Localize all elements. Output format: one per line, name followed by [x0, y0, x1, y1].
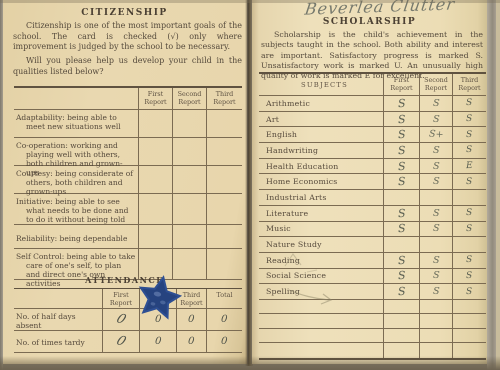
subject-label: Industrial Arts — [259, 190, 383, 205]
scan-edge-bottom — [0, 356, 500, 370]
grade-cell: S — [383, 284, 419, 299]
handwritten-grade: S — [466, 208, 473, 218]
grade-cell: S — [452, 143, 486, 158]
grade-cell — [383, 237, 419, 252]
handwritten-grade: S — [397, 159, 405, 172]
subject-label: Arithmetic — [259, 96, 383, 111]
grade-cell: S — [419, 159, 452, 174]
grade-cell: S — [452, 269, 486, 284]
handwritten-zero: 0 — [221, 314, 228, 326]
grade-cell — [172, 194, 206, 224]
handwritten-grade: S — [397, 112, 405, 125]
handwritten-grade: S — [432, 207, 439, 218]
subject-label: Art — [259, 112, 383, 127]
header-spacer — [14, 88, 138, 109]
grade-cell: S — [419, 284, 452, 299]
handwritten-zero: 0 — [221, 336, 228, 348]
handwritten-grade: S — [432, 176, 439, 187]
header-spacer — [14, 289, 102, 308]
handwritten-grade: S — [466, 177, 473, 187]
handwritten-grade: S — [397, 97, 405, 110]
column-header-subjects: SUBJECTS — [259, 74, 383, 95]
grade-cell — [138, 138, 172, 165]
handwritten-grade: S — [432, 223, 439, 234]
left-page: CITIZENSHIP Citizenship is one of the mo… — [2, 0, 247, 364]
attendance-label: No. of half days absent — [14, 309, 102, 330]
grade-cell — [419, 190, 452, 205]
handwritten-grade: S — [466, 286, 473, 296]
subject-label: Music — [259, 222, 383, 237]
scan-edge-top — [0, 0, 500, 3]
grade-cell — [172, 225, 206, 248]
trait-row: Adaptability: being able to meet new sit… — [14, 110, 242, 138]
column-header-first-report: First Report — [383, 74, 419, 95]
subject-row: English S S+ S — [259, 127, 486, 143]
handwritten-grade: S — [397, 222, 405, 235]
trait-row: Initiative: being able to see what needs… — [14, 194, 242, 225]
trait-label: Reliability: being dependable — [14, 225, 138, 248]
trait-label: Adaptability: being able to meet new sit… — [14, 110, 138, 137]
trait-row: Courtesy: being considerate of others, b… — [14, 166, 242, 194]
trait-label: Courtesy: being considerate of others, b… — [14, 166, 138, 193]
handwritten-grade: S — [432, 255, 439, 266]
grade-cell: S — [419, 96, 452, 111]
scan-edge-left — [0, 0, 3, 370]
handwritten-grade: S — [432, 113, 439, 124]
scan-edge-right-sliver — [496, 0, 500, 370]
handwritten-grade: S — [397, 253, 405, 266]
column-header-second-report: Second Report — [172, 88, 206, 109]
handwritten-grade: S — [432, 145, 439, 156]
citizenship-intro: Citizenship is one of the most important… — [13, 21, 242, 53]
handwritten-grade: S — [397, 175, 405, 188]
subject-label: Handwriting — [259, 143, 383, 158]
attendance-label: No. of times tardy — [14, 331, 102, 352]
grade-cell: S — [419, 206, 452, 221]
grade-cell — [138, 166, 172, 193]
handwritten-zero: 0 — [114, 334, 128, 350]
grade-cell: S — [452, 174, 486, 189]
grade-cell: S — [383, 222, 419, 237]
grade-cell — [138, 225, 172, 248]
pencil-arrow-scribble — [277, 250, 367, 310]
grade-cell — [172, 166, 206, 193]
attendance-value-cell: 0 — [176, 331, 206, 352]
subject-row: Handwriting S S S — [259, 143, 486, 159]
right-page: Beverlea Clutter SCHOLARSHIP Scholarship… — [252, 0, 487, 364]
grade-cell: S — [383, 96, 419, 111]
grade-cell: S — [452, 222, 486, 237]
handwritten-grade: S — [466, 98, 473, 108]
empty-row — [259, 329, 486, 344]
column-header-total: Total — [206, 289, 242, 308]
handwritten-grade: S — [466, 224, 473, 234]
attendance-value-cell: 0 — [139, 331, 176, 352]
grade-cell — [206, 110, 242, 137]
grade-cell — [206, 194, 242, 224]
grade-cell: S — [419, 143, 452, 158]
scholarship-title: SCHOLARSHIP — [252, 17, 487, 27]
grade-cell: S — [383, 112, 419, 127]
column-header-second-report: Second Report — [419, 74, 452, 95]
handwritten-grade: S — [466, 145, 473, 155]
handwritten-grade: S — [466, 130, 473, 140]
subject-row: Health Education S S E — [259, 159, 486, 175]
grade-cell — [383, 190, 419, 205]
citizenship-question: Will you please help us develop your chi… — [13, 56, 242, 77]
column-header-first-report: First Report — [138, 88, 172, 109]
trait-label: Co-operation: working and playing well w… — [14, 138, 138, 165]
grade-cell: S — [419, 174, 452, 189]
handwritten-zero: 0 — [188, 336, 195, 348]
grade-cell — [452, 237, 486, 252]
grade-cell: S — [419, 269, 452, 284]
handwritten-grade: S — [466, 255, 473, 265]
grade-cell: S — [383, 159, 419, 174]
handwritten-grade: S — [397, 269, 405, 282]
scan-edge-right — [487, 0, 496, 370]
subjects-header-row: SUBJECTS First Report Second Report Thir… — [259, 74, 486, 96]
empty-row — [259, 314, 486, 329]
handwritten-grade: S — [432, 286, 439, 297]
grade-cell — [172, 110, 206, 137]
attendance-row: No. of times tardy 0 0 0 0 — [14, 331, 242, 353]
grade-cell: S — [452, 112, 486, 127]
citizenship-header-row: First Report Second Report Third Report — [14, 88, 242, 110]
citizenship-table: First Report Second Report Third Report … — [14, 86, 242, 280]
grade-cell — [172, 138, 206, 165]
subject-label: Health Education — [259, 159, 383, 174]
citizenship-title: CITIZENSHIP — [2, 8, 247, 18]
subject-row: Art S S S — [259, 112, 486, 128]
attendance-value-cell: 0 — [102, 331, 139, 352]
trait-label: Initiative: being able to see what needs… — [14, 194, 138, 224]
handwritten-grade: S — [397, 128, 405, 141]
handwritten-grade: S+ — [428, 129, 443, 141]
handwritten-grade: S — [432, 160, 439, 171]
attendance-value-cell: 0 — [206, 309, 242, 330]
subjects-table: SUBJECTS First Report Second Report Thir… — [259, 72, 486, 360]
subject-row: Music S S S — [259, 222, 486, 238]
handwritten-grade: S — [397, 285, 405, 298]
handwritten-grade: S — [397, 144, 405, 157]
subject-label: Home Economics — [259, 174, 383, 189]
grade-cell: S — [383, 174, 419, 189]
grade-cell: S — [383, 206, 419, 221]
attendance-title: ATTENDANCE — [2, 275, 247, 285]
grade-cell — [206, 166, 242, 193]
grade-cell: S — [383, 127, 419, 142]
grade-cell: S — [383, 269, 419, 284]
grade-cell: S — [452, 284, 486, 299]
grade-cell — [419, 237, 452, 252]
subject-label: English — [259, 127, 383, 142]
grade-cell: S — [383, 253, 419, 268]
handwritten-grade: S — [466, 271, 473, 281]
handwritten-zero: 0 — [154, 336, 161, 348]
column-header-third-report: Third Report — [206, 88, 242, 109]
grade-cell — [206, 138, 242, 165]
subject-row: Literature S S S — [259, 206, 486, 222]
grade-cell — [138, 110, 172, 137]
subject-row: Arithmetic S S S — [259, 96, 486, 112]
grade-cell: S — [419, 253, 452, 268]
grade-cell: S — [452, 127, 486, 142]
trait-row: Co-operation: working and playing well w… — [14, 138, 242, 166]
grade-cell: S — [452, 96, 486, 111]
handwritten-grade: S — [466, 114, 473, 124]
column-header-third-report: Third Report — [452, 74, 486, 95]
handwritten-grade: S — [397, 206, 405, 219]
grade-cell: S — [452, 253, 486, 268]
subject-row: Industrial Arts — [259, 190, 486, 206]
handwritten-zero: 0 — [188, 314, 195, 326]
grade-cell — [452, 190, 486, 205]
handwritten-grade: S — [432, 98, 439, 109]
grade-cell: S — [419, 112, 452, 127]
grade-cell — [138, 194, 172, 224]
trait-row: Reliability: being dependable — [14, 225, 242, 249]
grade-cell: S — [383, 143, 419, 158]
grade-cell: S+ — [419, 127, 452, 142]
grade-cell — [206, 225, 242, 248]
subject-label: Literature — [259, 206, 383, 221]
subject-row: Home Economics S S S — [259, 174, 486, 190]
grade-cell: S — [419, 222, 452, 237]
grade-cell: E — [452, 159, 486, 174]
handwritten-grade: E — [466, 161, 473, 171]
handwritten-grade: S — [432, 270, 439, 281]
grade-cell: S — [452, 206, 486, 221]
attendance-value-cell: 0 — [206, 331, 242, 352]
